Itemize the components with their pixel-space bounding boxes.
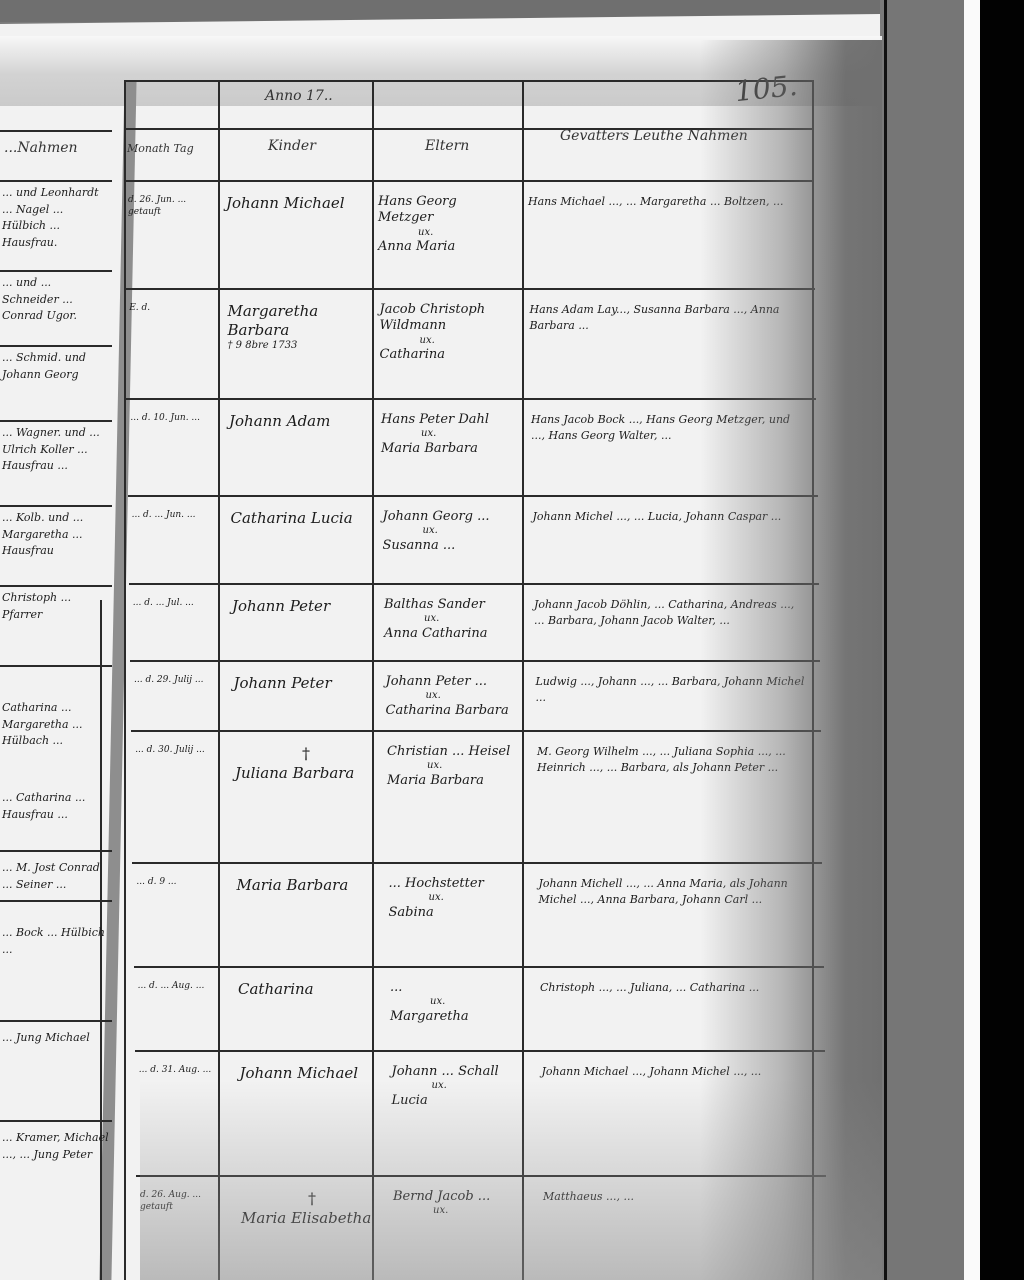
father-name: ... Hochstetter xyxy=(389,876,527,892)
entry-child-name: Catharina xyxy=(238,980,380,999)
entry-date: ... d. ... Aug. ... xyxy=(138,980,224,992)
entry-parents: Johann Peter ...ux.Catharina Barbara xyxy=(386,674,524,719)
previous-page-entry: ... Kramer, Michael ..., ... Jung Peter xyxy=(2,1130,110,1163)
entry-child-name: Catharina Lucia xyxy=(231,509,373,528)
entry-parents: Christian ... Heiselux.Maria Barbara xyxy=(387,744,525,789)
scan-edge-strip xyxy=(964,0,980,1280)
uxor-abbrev: ux. xyxy=(378,227,516,240)
previous-page-entry: Christoph ... Pfarrer xyxy=(2,590,110,623)
child-name-text: Juliana Barbara xyxy=(235,764,354,782)
mother-name: Susanna ... xyxy=(383,538,521,554)
previous-page-entry: ... und Leonhardt ... Nagel ... Hülbich … xyxy=(2,185,110,251)
child-name-text: Johann Adam xyxy=(229,412,330,430)
father-name: Hans Georg Metzger xyxy=(378,194,516,227)
row-rule xyxy=(0,130,112,132)
uxor-abbrev: ux. xyxy=(383,525,521,538)
mother-name: Maria Barbara xyxy=(387,773,525,789)
entry-child-name: Margaretha Barbara† 9 8bre 1733 xyxy=(228,302,370,352)
father-name: Johann Georg ... xyxy=(383,509,521,525)
entry-parents: Jacob Christoph Wildmannux.Catharina xyxy=(380,302,518,363)
entry-parents: Balthas Sanderux.Anna Catharina xyxy=(384,597,522,642)
mother-name: Maria Barbara xyxy=(381,441,519,457)
row-rule xyxy=(0,1020,112,1022)
previous-page-entry: ... Wagner. und ... Ulrich Koller ... Ha… xyxy=(2,425,110,475)
uxor-abbrev: ux. xyxy=(387,760,525,773)
entry-date: ... d. 29. Julij ... xyxy=(134,674,220,686)
child-death-note: † 9 8bre 1733 xyxy=(228,340,370,353)
entry-date: ... d. 31. Aug. ... xyxy=(139,1064,225,1076)
row-rule xyxy=(0,850,112,852)
scan-outer-edge xyxy=(980,0,1024,1280)
year-heading: Anno 17.. xyxy=(265,88,333,106)
father-name: Jacob Christoph Wildmann xyxy=(380,302,518,335)
previous-page-entry: ... Catharina ... Hausfrau ... xyxy=(2,790,110,823)
previous-page-entry: ... Schmid. und Johann Georg xyxy=(2,350,110,383)
uxor-abbrev: ux. xyxy=(384,613,522,626)
mother-name: Anna Maria xyxy=(378,239,516,255)
child-name-text: Johann Peter xyxy=(234,674,332,692)
mother-name: Catharina Barbara xyxy=(386,703,524,719)
child-name-text: Catharina xyxy=(238,980,314,998)
row-rule xyxy=(0,1120,112,1122)
mother-name: Sabina xyxy=(389,905,527,921)
column-rule xyxy=(124,80,126,1280)
scan-right-margin xyxy=(884,0,967,1280)
entry-date: ... d. ... Jun. ... xyxy=(132,509,218,521)
uxor-abbrev: ux. xyxy=(381,428,519,441)
entry-child-name: Johann Peter xyxy=(234,674,376,693)
father-name: ... xyxy=(390,980,528,996)
row-rule xyxy=(0,270,112,272)
row-rule xyxy=(0,180,112,182)
entry-date: ... d. 10. Jun. ... xyxy=(130,412,216,424)
row-rule xyxy=(0,505,112,507)
father-name: Johann ... Schall xyxy=(392,1064,530,1080)
entry-parents: Hans Peter Dahlux.Maria Barbara xyxy=(381,412,519,457)
left-column-header: ...Nahmen xyxy=(4,140,78,158)
column-header-parents: Eltern xyxy=(425,138,469,156)
previous-page-entry: ... M. Jost Conrad ... Seiner ... xyxy=(2,860,110,893)
entry-date: d. 26. Jun. ... getauft xyxy=(128,194,214,218)
row-rule xyxy=(0,345,112,347)
child-name-text: Johann Michael xyxy=(226,194,345,212)
row-rule xyxy=(0,420,112,422)
entry-child-name: Johann Adam xyxy=(229,412,371,431)
father-name: Hans Peter Dahl xyxy=(381,412,519,428)
mother-name: Catharina xyxy=(380,347,518,363)
bottom-shadow xyxy=(140,1080,882,1280)
row-rule xyxy=(0,900,112,902)
mother-name: Margaretha xyxy=(390,1009,528,1025)
uxor-abbrev: ux. xyxy=(390,996,528,1009)
uxor-abbrev: ux. xyxy=(389,892,527,905)
entry-child-name: Maria Barbara xyxy=(237,876,379,895)
entry-date: ... d. 9 ... xyxy=(136,876,222,888)
row-rule xyxy=(0,665,112,667)
column-header-date: Monath Tag xyxy=(127,142,194,156)
deceased-cross-icon: † xyxy=(235,744,377,764)
entry-parents: Johann Georg ...ux.Susanna ... xyxy=(383,509,521,554)
row-rule xyxy=(0,585,112,587)
entry-date: ... d. 30. Julij ... xyxy=(135,744,221,756)
child-name-text: Margaretha Barbara xyxy=(228,302,319,339)
mother-name: Anna Catharina xyxy=(384,626,522,642)
entry-child-name: Johann Michael xyxy=(226,194,368,213)
scanned-page: 105. Anno 17.. ...Nahmen Monath Tag Kind… xyxy=(0,0,1024,1280)
father-name: Christian ... Heisel xyxy=(387,744,525,760)
uxor-abbrev: ux. xyxy=(386,690,524,703)
previous-page-entry: ... Kolb. und ... Margaretha ... Hausfra… xyxy=(2,510,110,560)
child-name-text: Maria Barbara xyxy=(237,876,349,894)
entry-parents: ... Hochstetterux.Sabina xyxy=(389,876,527,921)
father-name: Johann Peter ... xyxy=(386,674,524,690)
child-name-text: Catharina Lucia xyxy=(231,509,353,527)
father-name: Balthas Sander xyxy=(384,597,522,613)
column-header-children: Kinder xyxy=(268,138,316,156)
previous-page-entry: ... Jung Michael xyxy=(2,1030,110,1047)
previous-page-entry: ... Bock ... Hülbich ... xyxy=(2,925,110,958)
entry-parents: ... ux.Margaretha xyxy=(390,980,528,1025)
previous-page-entry: Catharina ... Margaretha ... Hülbach ... xyxy=(2,700,110,750)
entry-date: ... d. ... Jul. ... xyxy=(133,597,219,609)
entry-child-name: †Juliana Barbara xyxy=(235,744,377,783)
entry-parents: Hans Georg Metzgerux.Anna Maria xyxy=(378,194,516,255)
previous-page-entry: ... und ... Schneider ... Conrad Ugor. xyxy=(2,275,110,325)
entry-date: E. d. xyxy=(129,302,215,314)
uxor-abbrev: ux. xyxy=(380,335,518,348)
child-name-text: Johann Peter xyxy=(232,597,330,615)
entry-child-name: Johann Peter xyxy=(232,597,374,616)
